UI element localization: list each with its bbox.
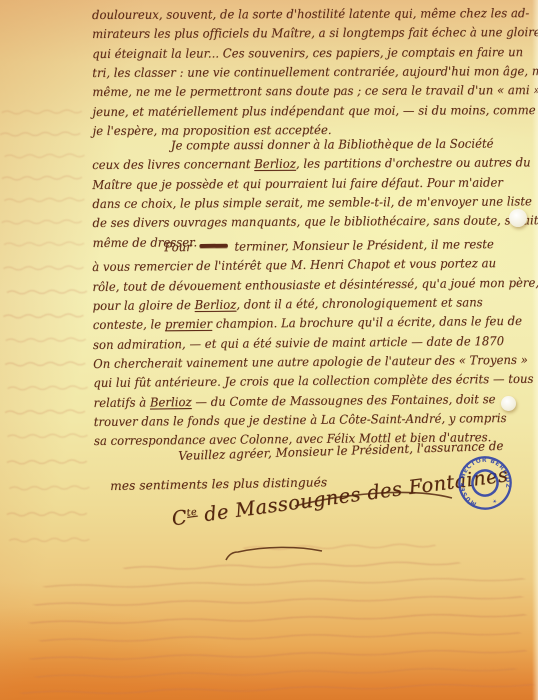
underlined-word: Berlioz [254, 157, 296, 171]
signature-superscript: te [186, 507, 198, 519]
line-text: Pour [164, 240, 195, 254]
paragraph-1: douloureux, souvent, de la sorte d'hosti… [92, 4, 538, 142]
line-text: pour la gloire de [93, 298, 195, 313]
line-text: ceux des livres concernant [92, 157, 254, 172]
line-text: , dont il a été, chronologiquement et sa… [236, 295, 482, 311]
handwritten-line: de ses divers ouvrages manquants, que le… [92, 212, 538, 234]
handwritten-line: dans ce choix, le plus simple serait, me… [92, 192, 538, 214]
line-text: , les partitions d'orchestre ou autres d… [296, 156, 531, 171]
handwritten-line: ceux des livres concernant Berlioz, les … [92, 154, 538, 176]
paper-hole [501, 396, 516, 411]
line-text: conteste, le [93, 318, 165, 333]
line-text: relatifs à [94, 395, 150, 410]
letter-page: douloureux, souvent, de la sorte d'hosti… [0, 0, 538, 700]
handwritten-line: mirateurs les plus officiels du Maître, … [92, 23, 538, 44]
handwritten-line: jeune, et matériellement plus indépendan… [92, 101, 538, 122]
underlined-word: premier [165, 317, 212, 331]
underlined-word: Berlioz [195, 298, 237, 312]
handwritten-line: Je compte aussi donner à la Bibliothèque… [171, 134, 538, 156]
crossed-out-word [199, 244, 228, 248]
handwritten-line: même, ne me le permettront sans doute pa… [92, 81, 538, 102]
paragraph-3: Pour terminer, Monsieur le Président, il… [92, 235, 538, 452]
line-text: — du Comte de Massougnes des Fontaines, … [192, 392, 496, 409]
handwritten-line: qui éteignait la leur... Ces souvenirs, … [92, 43, 538, 64]
handwritten-line: douloureux, souvent, de la sorte d'hosti… [92, 4, 538, 25]
handwritten-line: Maître que je possède et qui pourraient … [92, 173, 538, 195]
handwritten-line: tri, les classer : une vie continuelleme… [92, 62, 538, 83]
paper-hole [509, 209, 527, 227]
line-text: terminer, Monsieur le Président, il me r… [234, 237, 494, 253]
underlined-word: Berlioz [150, 395, 192, 409]
line-text: champion. La brochure qu'il a écrite, da… [212, 314, 522, 331]
